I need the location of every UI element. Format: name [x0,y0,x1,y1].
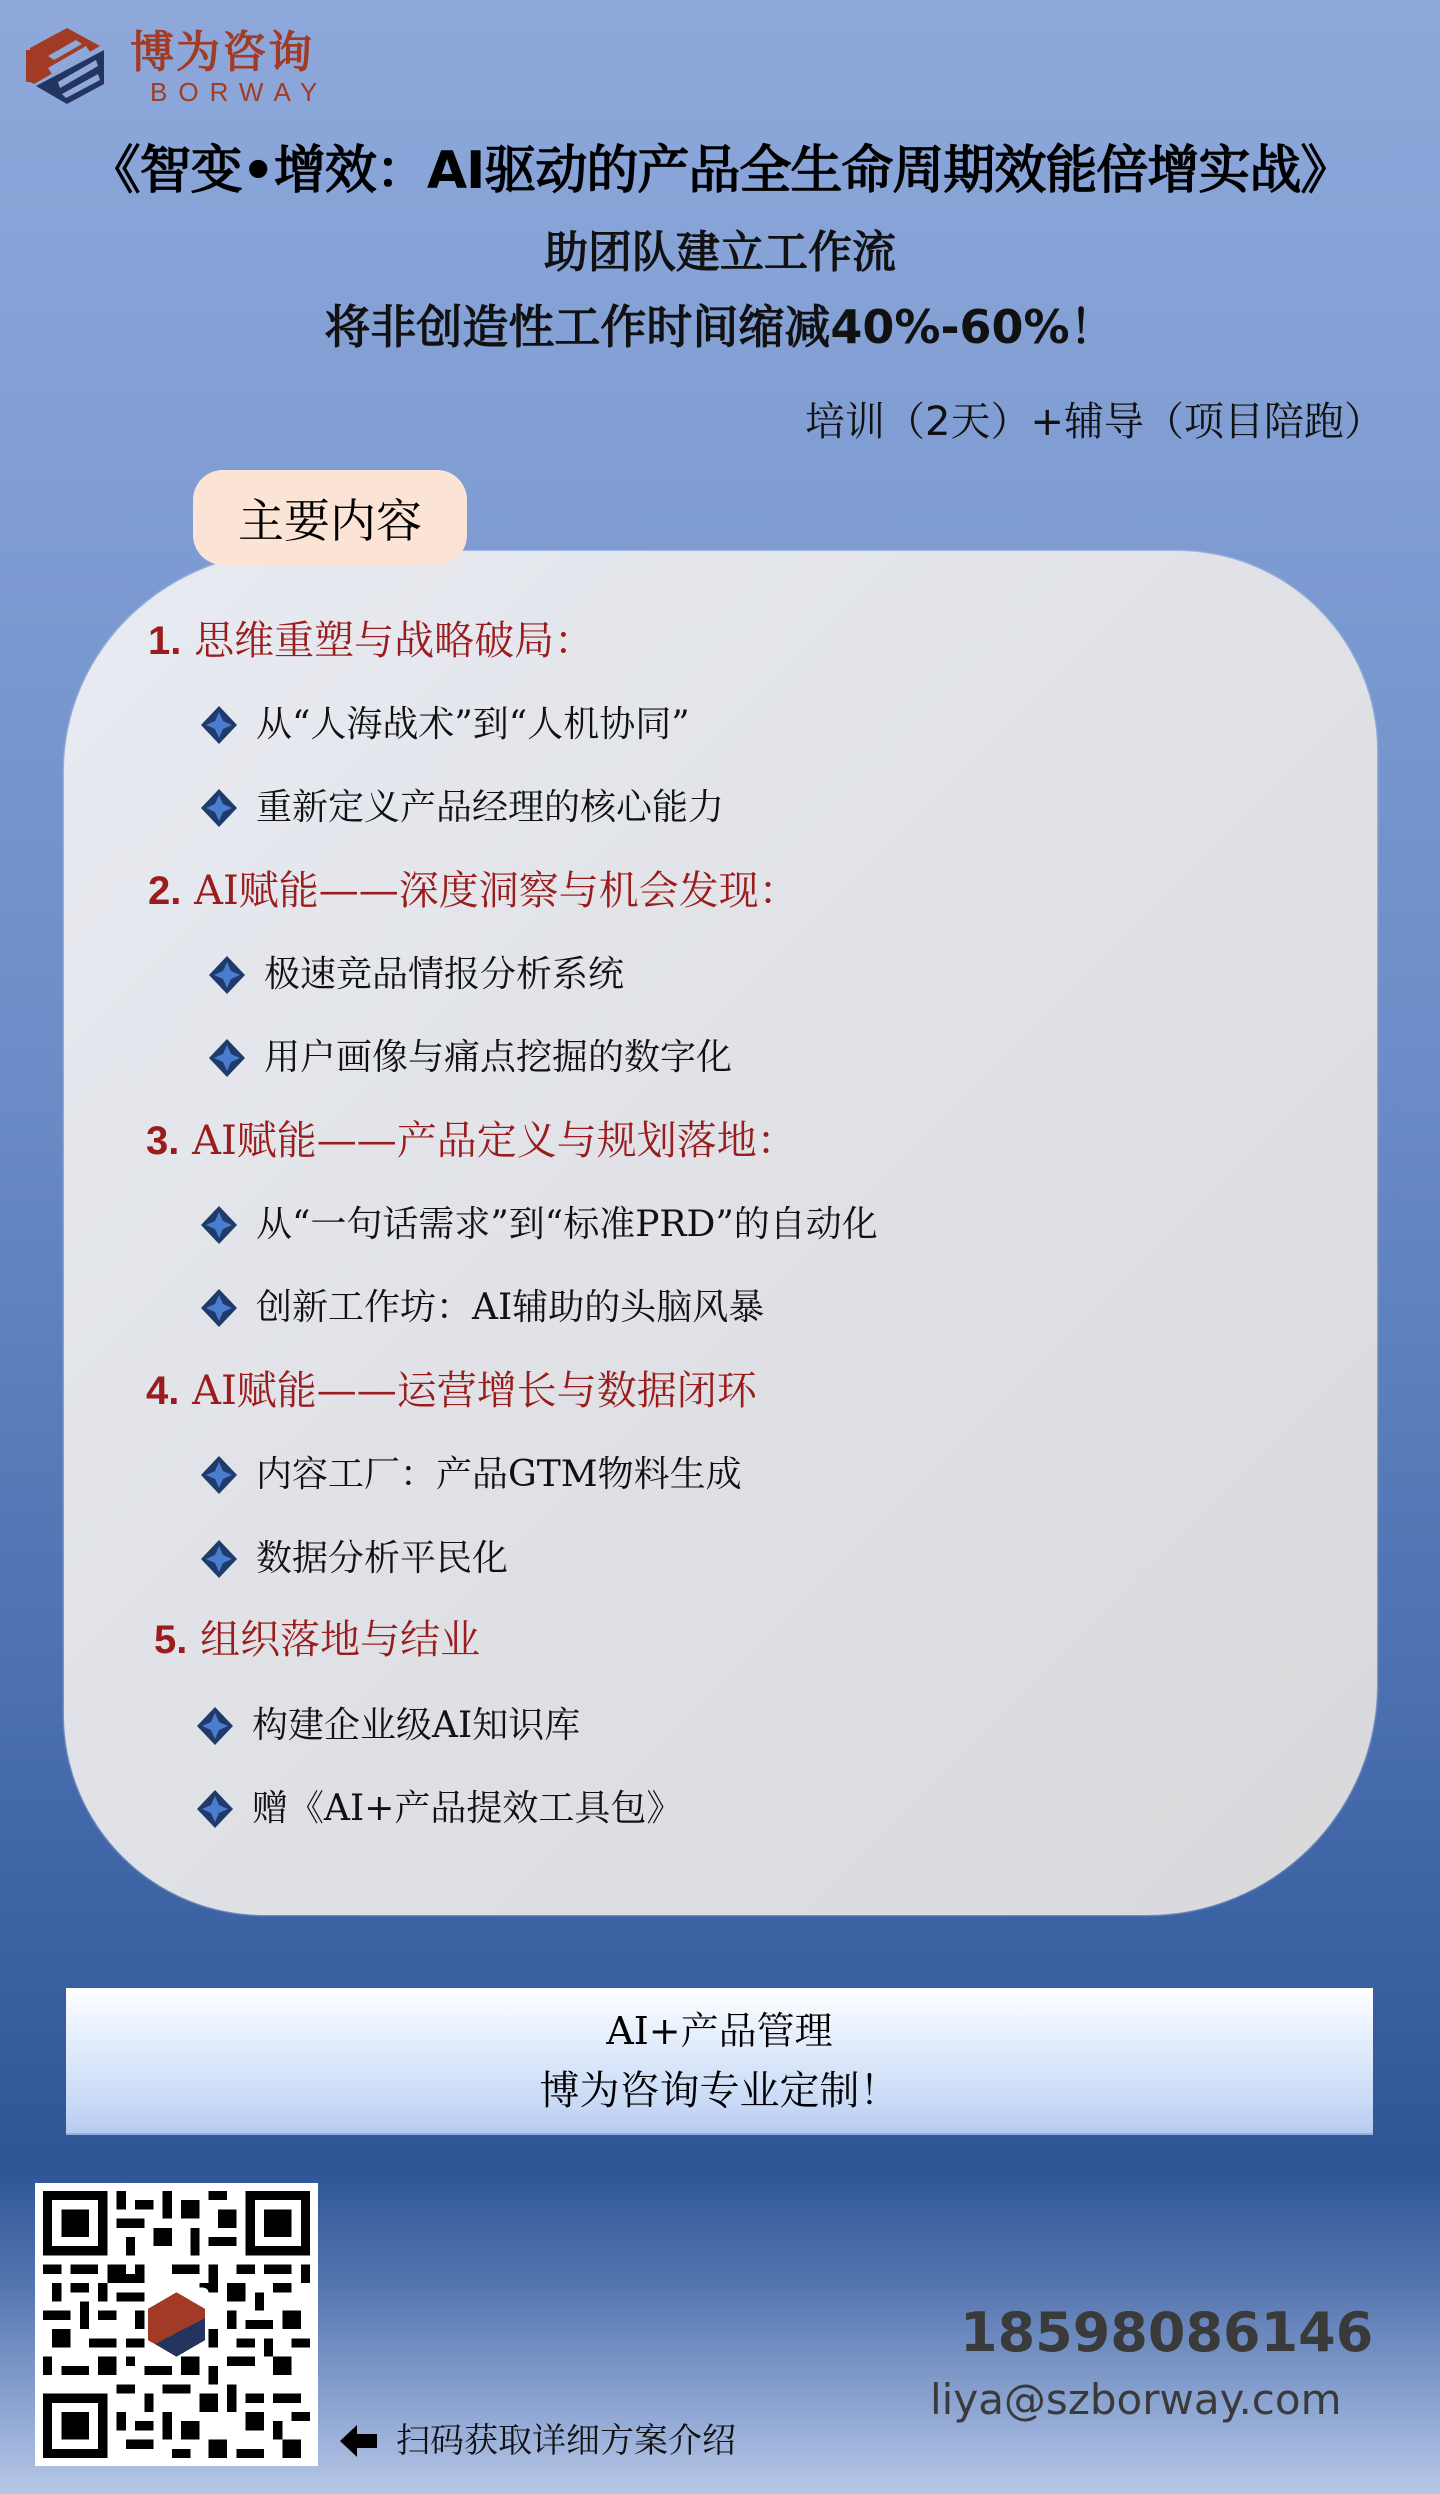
list-item: 重新定义产品经理的核心能力 [200,783,724,833]
main-content-badge: 主要内容 [193,470,467,565]
brand-name-en: BORWAY [150,78,328,106]
diamond-bullet-icon [200,1288,238,1328]
section-heading-3: 3. AI赋能——产品定义与规划落地： [146,1113,797,1169]
contact-email[interactable]: liya@szborway.com [930,2372,1330,2428]
list-item: 极速竞品情报分析系统 [208,950,624,1000]
diamond-bullet-icon [208,1038,246,1078]
section-heading-4: 4. AI赋能——运营增长与数据闭环 [146,1363,757,1419]
section-heading-1: 1. 思维重塑与战略破局： [148,613,594,669]
borway-hexagon-logo-icon [24,26,110,106]
diamond-bullet-icon [200,1539,238,1579]
list-item: 从“一句话需求”到“标准PRD”的自动化 [200,1200,878,1250]
diamond-bullet-icon [200,788,238,828]
arrow-left-icon [340,2424,378,2458]
list-item: 内容工厂：产品GTM物料生成 [200,1450,742,1500]
diamond-bullet-icon [200,705,238,745]
subtitle-line-2: 将非创造性工作时间缩减40%-60%！ [0,297,1440,357]
diamond-bullet-icon [208,955,246,995]
list-item: 赠《AI+产品提效工具包》 [196,1784,682,1834]
section-heading-2: 2. AI赋能——深度洞察与机会发现： [148,863,799,919]
subtitle-line-1: 助团队建立工作流 [0,225,1440,281]
list-item: 从“人海战术”到“人机协同” [200,700,690,750]
list-item: 创新工作坊：AI辅助的头脑风暴 [200,1283,764,1333]
diamond-bullet-icon [196,1706,234,1746]
scan-text: 扫码获取详细方案介绍 [396,2418,736,2464]
diamond-bullet-icon [200,1455,238,1495]
banner-line-1: AI+产品管理 [606,2001,832,2061]
list-item: 数据分析平民化 [200,1534,508,1584]
diamond-bullet-icon [196,1789,234,1829]
qr-code[interactable] [35,2183,318,2466]
scan-hint: 扫码获取详细方案介绍 [340,2418,736,2464]
banner-line-2: 博为咨询专业定制！ [540,2061,900,2121]
contact-phone[interactable]: 18598086146 [960,2300,1300,2366]
section-heading-5: 5. 组织落地与结业 [154,1612,480,1668]
page-title: 《智变•增效：AI驱动的产品全生命周期效能倍增实战》 [0,136,1440,206]
list-item: 构建企业级AI知识库 [196,1701,580,1751]
brand-name-cn: 博为咨询 [130,28,314,78]
promo-banner: AI+产品管理 博为咨询专业定制！ [66,1988,1373,2135]
qr-code-icon [43,2191,310,2458]
list-item: 用户画像与痛点挖掘的数字化 [208,1033,732,1083]
brand-logo: 博为咨询 BORWAY [24,26,344,108]
diamond-bullet-icon [200,1205,238,1245]
course-format: 培训（2天）+辅导（项目陪跑） [805,392,1384,452]
